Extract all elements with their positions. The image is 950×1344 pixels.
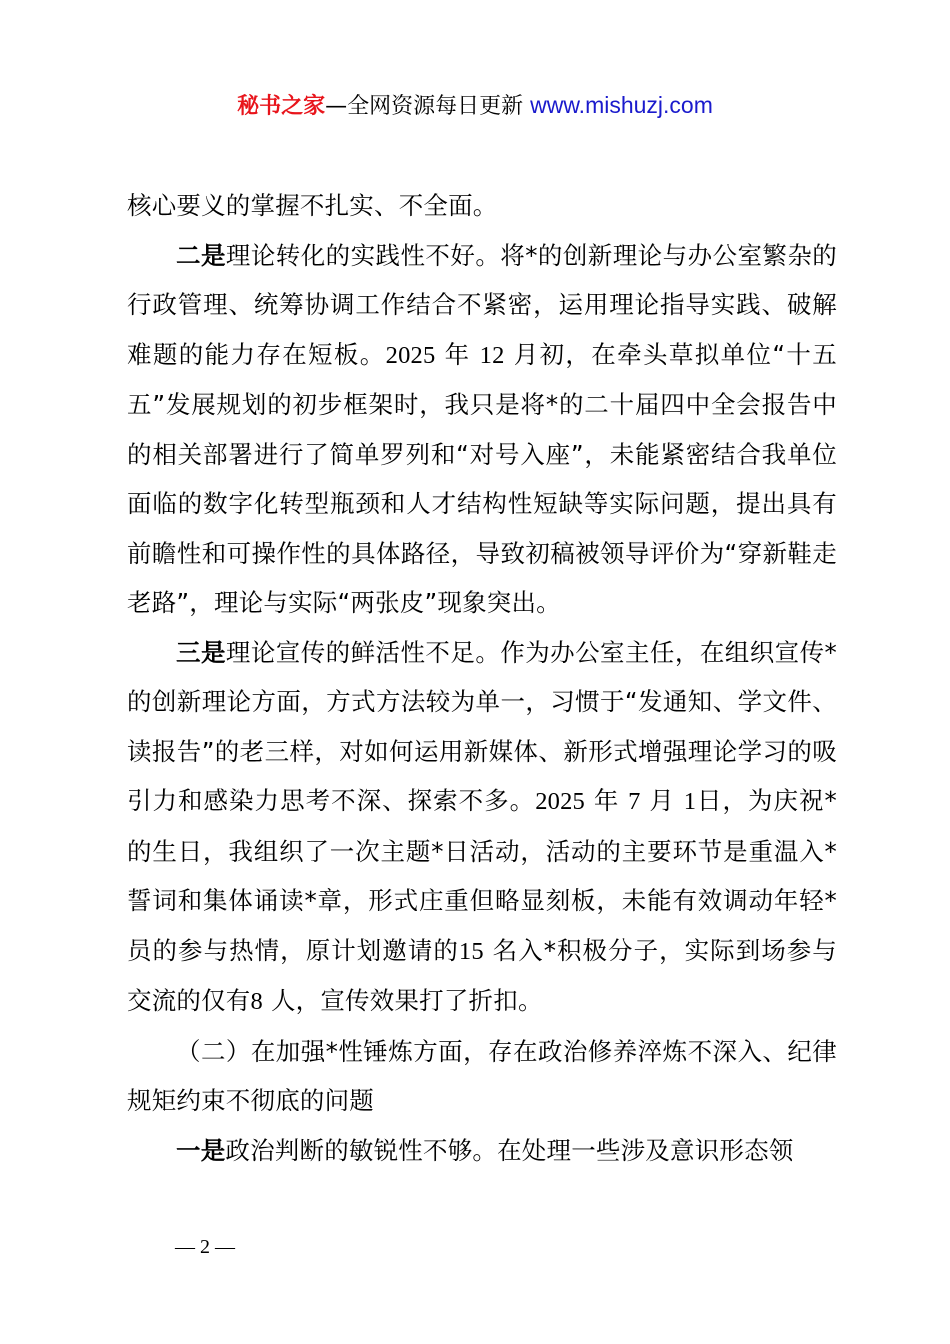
section-heading: （二）在加强*性锤炼方面，存在政治修养淬炼不深入、纪律规矩约束不彻底的问题: [127, 1027, 837, 1126]
year-number: 2025: [535, 788, 585, 815]
paragraph-continuation: 核心要义的掌握不扎实、不全面。: [127, 181, 837, 231]
paragraph-point-three: 三是理论宣传的鲜活性不足。作为办公室主任，在组织宣传*的创新理论方面，方式方法较…: [127, 628, 837, 1027]
text-line: 理论转化的实践性不好。将*的创新理论与办公室繁杂: [226, 241, 812, 270]
day-number: 1: [684, 788, 696, 815]
paragraph-point-two: 二是理论转化的实践性不好。将*的创新理论与办公室繁杂的行政管理、统筹协调工作结合…: [127, 231, 837, 628]
text-fragment: 月: [641, 786, 684, 815]
text-fragment: 年: [435, 340, 479, 369]
text-fragment: 月初，在牵头草拟单位: [505, 340, 773, 369]
text-fragment: 人，宣传效果打了折扣。: [263, 986, 543, 1015]
site-header: 秘书之家—全网资源每日更新 www.mishuzj.com: [0, 88, 950, 124]
text-fragment: 名入*积极分: [484, 936, 634, 965]
paragraph-point-one: 一是政治判断的敏锐性不够。在处理一些涉及意识形态领: [127, 1126, 837, 1176]
count-number: 15: [459, 938, 484, 965]
point-lead: 二是: [176, 241, 226, 270]
site-url-link[interactable]: www.mishuzj.com: [530, 92, 713, 118]
text-line: （二）在加强*性锤炼方面，存在政治修养淬炼不深入、纪: [176, 1037, 812, 1066]
text-line: 政治判断的敏锐性不够。在处理一些涉及意识形态领: [225, 1136, 793, 1165]
point-lead: 一是: [176, 1136, 225, 1165]
month-number: 7: [628, 788, 640, 815]
point-lead: 三是: [176, 638, 226, 667]
header-tagline: —全网资源每日更新: [325, 94, 530, 119]
year-number: 2025: [386, 342, 436, 369]
page-number: — 2 —: [175, 1236, 235, 1259]
text-fragment: 年: [585, 786, 628, 815]
month-number: 12: [480, 342, 505, 369]
document-body: 核心要义的掌握不扎实、不全面。 二是理论转化的实践性不好。将*的创新理论与办公室…: [127, 181, 837, 1175]
count-number: 8: [251, 988, 263, 1015]
text-line: 核心要义的掌握不扎实、不全面。: [127, 191, 498, 220]
brand-name: 秘书之家: [237, 94, 325, 119]
text-line: 理论宣传的鲜活性不足。作为办公室主任，在组织宣: [226, 638, 800, 667]
